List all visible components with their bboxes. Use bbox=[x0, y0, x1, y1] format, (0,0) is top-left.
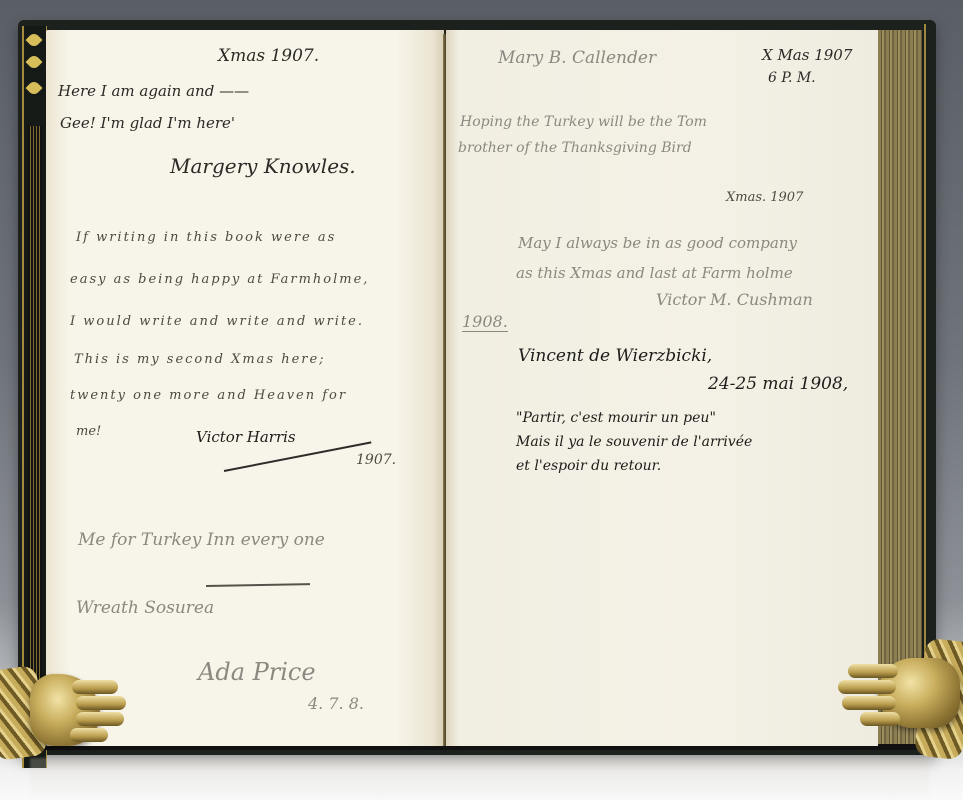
hand-finger-icon bbox=[72, 680, 118, 694]
gilt-leaf-icon bbox=[26, 54, 43, 71]
entry-line: If writing in this book were as bbox=[76, 230, 336, 245]
entry-line: me! bbox=[76, 424, 101, 439]
signature: Mary B. Callender bbox=[498, 48, 656, 68]
hand-finger-icon bbox=[76, 712, 124, 726]
hand-finger-icon bbox=[70, 728, 108, 742]
hand-finger-icon bbox=[76, 696, 126, 710]
hand-finger-icon bbox=[860, 712, 900, 726]
gilt-page-edges bbox=[876, 30, 925, 748]
cover-gilt-line bbox=[924, 24, 926, 750]
hand-finger-icon bbox=[838, 680, 896, 694]
entry-heading: Xmas. 1907 bbox=[726, 190, 803, 205]
signature: Margery Knowles. bbox=[170, 154, 356, 178]
entry-line: Gee! I'm glad I'm here' bbox=[60, 114, 235, 132]
entry-line: et l'espoir du retour. bbox=[516, 458, 661, 474]
entry-date: X Mas 1907 bbox=[762, 46, 852, 64]
entry-line: This is my second Xmas here; bbox=[74, 352, 326, 367]
cover-gilt-border bbox=[22, 26, 47, 768]
entry-line: easy as being happy at Farmholme, bbox=[70, 272, 369, 287]
entry-line: I would write and write and write. bbox=[70, 314, 364, 329]
hand-finger-icon bbox=[842, 696, 896, 710]
gilt-fillet-lines bbox=[28, 126, 42, 738]
signature: Victor M. Cushman bbox=[656, 290, 813, 309]
signature: Victor Harris bbox=[196, 428, 296, 446]
signature: Ada Price bbox=[198, 658, 316, 686]
entry-line: May I always be in as good company bbox=[518, 234, 797, 252]
gilt-leaf-icon bbox=[26, 32, 43, 49]
entry-line: as this Xmas and last at Farm holme bbox=[516, 264, 793, 282]
entry-date: 1907. bbox=[356, 452, 396, 468]
margin-year: 1908. bbox=[462, 312, 508, 332]
hand-finger-icon bbox=[848, 664, 898, 678]
entry-date: 24-25 mai 1908, bbox=[708, 374, 848, 394]
entry-line: Me for Turkey Inn every one bbox=[78, 530, 325, 550]
entry-line: Hoping the Turkey will be the Tom bbox=[460, 114, 707, 130]
entry-line: Wreath Sosurea bbox=[76, 598, 214, 618]
entry-line: brother of the Thanksgiving Bird bbox=[458, 140, 692, 156]
entry-line: Mais il ya le souvenir de l'arrivée bbox=[516, 434, 752, 450]
underline-flourish bbox=[206, 583, 310, 587]
entry-line: twenty one more and Heaven for bbox=[70, 388, 347, 403]
surface-reflection bbox=[30, 758, 930, 800]
entry-line: Here I am again and —— bbox=[58, 82, 249, 100]
entry-line: "Partir, c'est mourir un peu" bbox=[516, 410, 716, 426]
gilt-leaf-icon bbox=[26, 80, 43, 97]
right-page: Mary B. Callender X Mas 1907 6 P. M. Hop… bbox=[446, 30, 878, 746]
entry-heading: Xmas 1907. bbox=[218, 46, 319, 66]
left-page: Xmas 1907. Here I am again and —— Gee! I… bbox=[46, 30, 444, 746]
signature: Vincent de Wierzbicki, bbox=[518, 346, 712, 366]
entry-time: 6 P. M. bbox=[768, 70, 816, 86]
entry-date: 4. 7. 8. bbox=[308, 694, 364, 713]
